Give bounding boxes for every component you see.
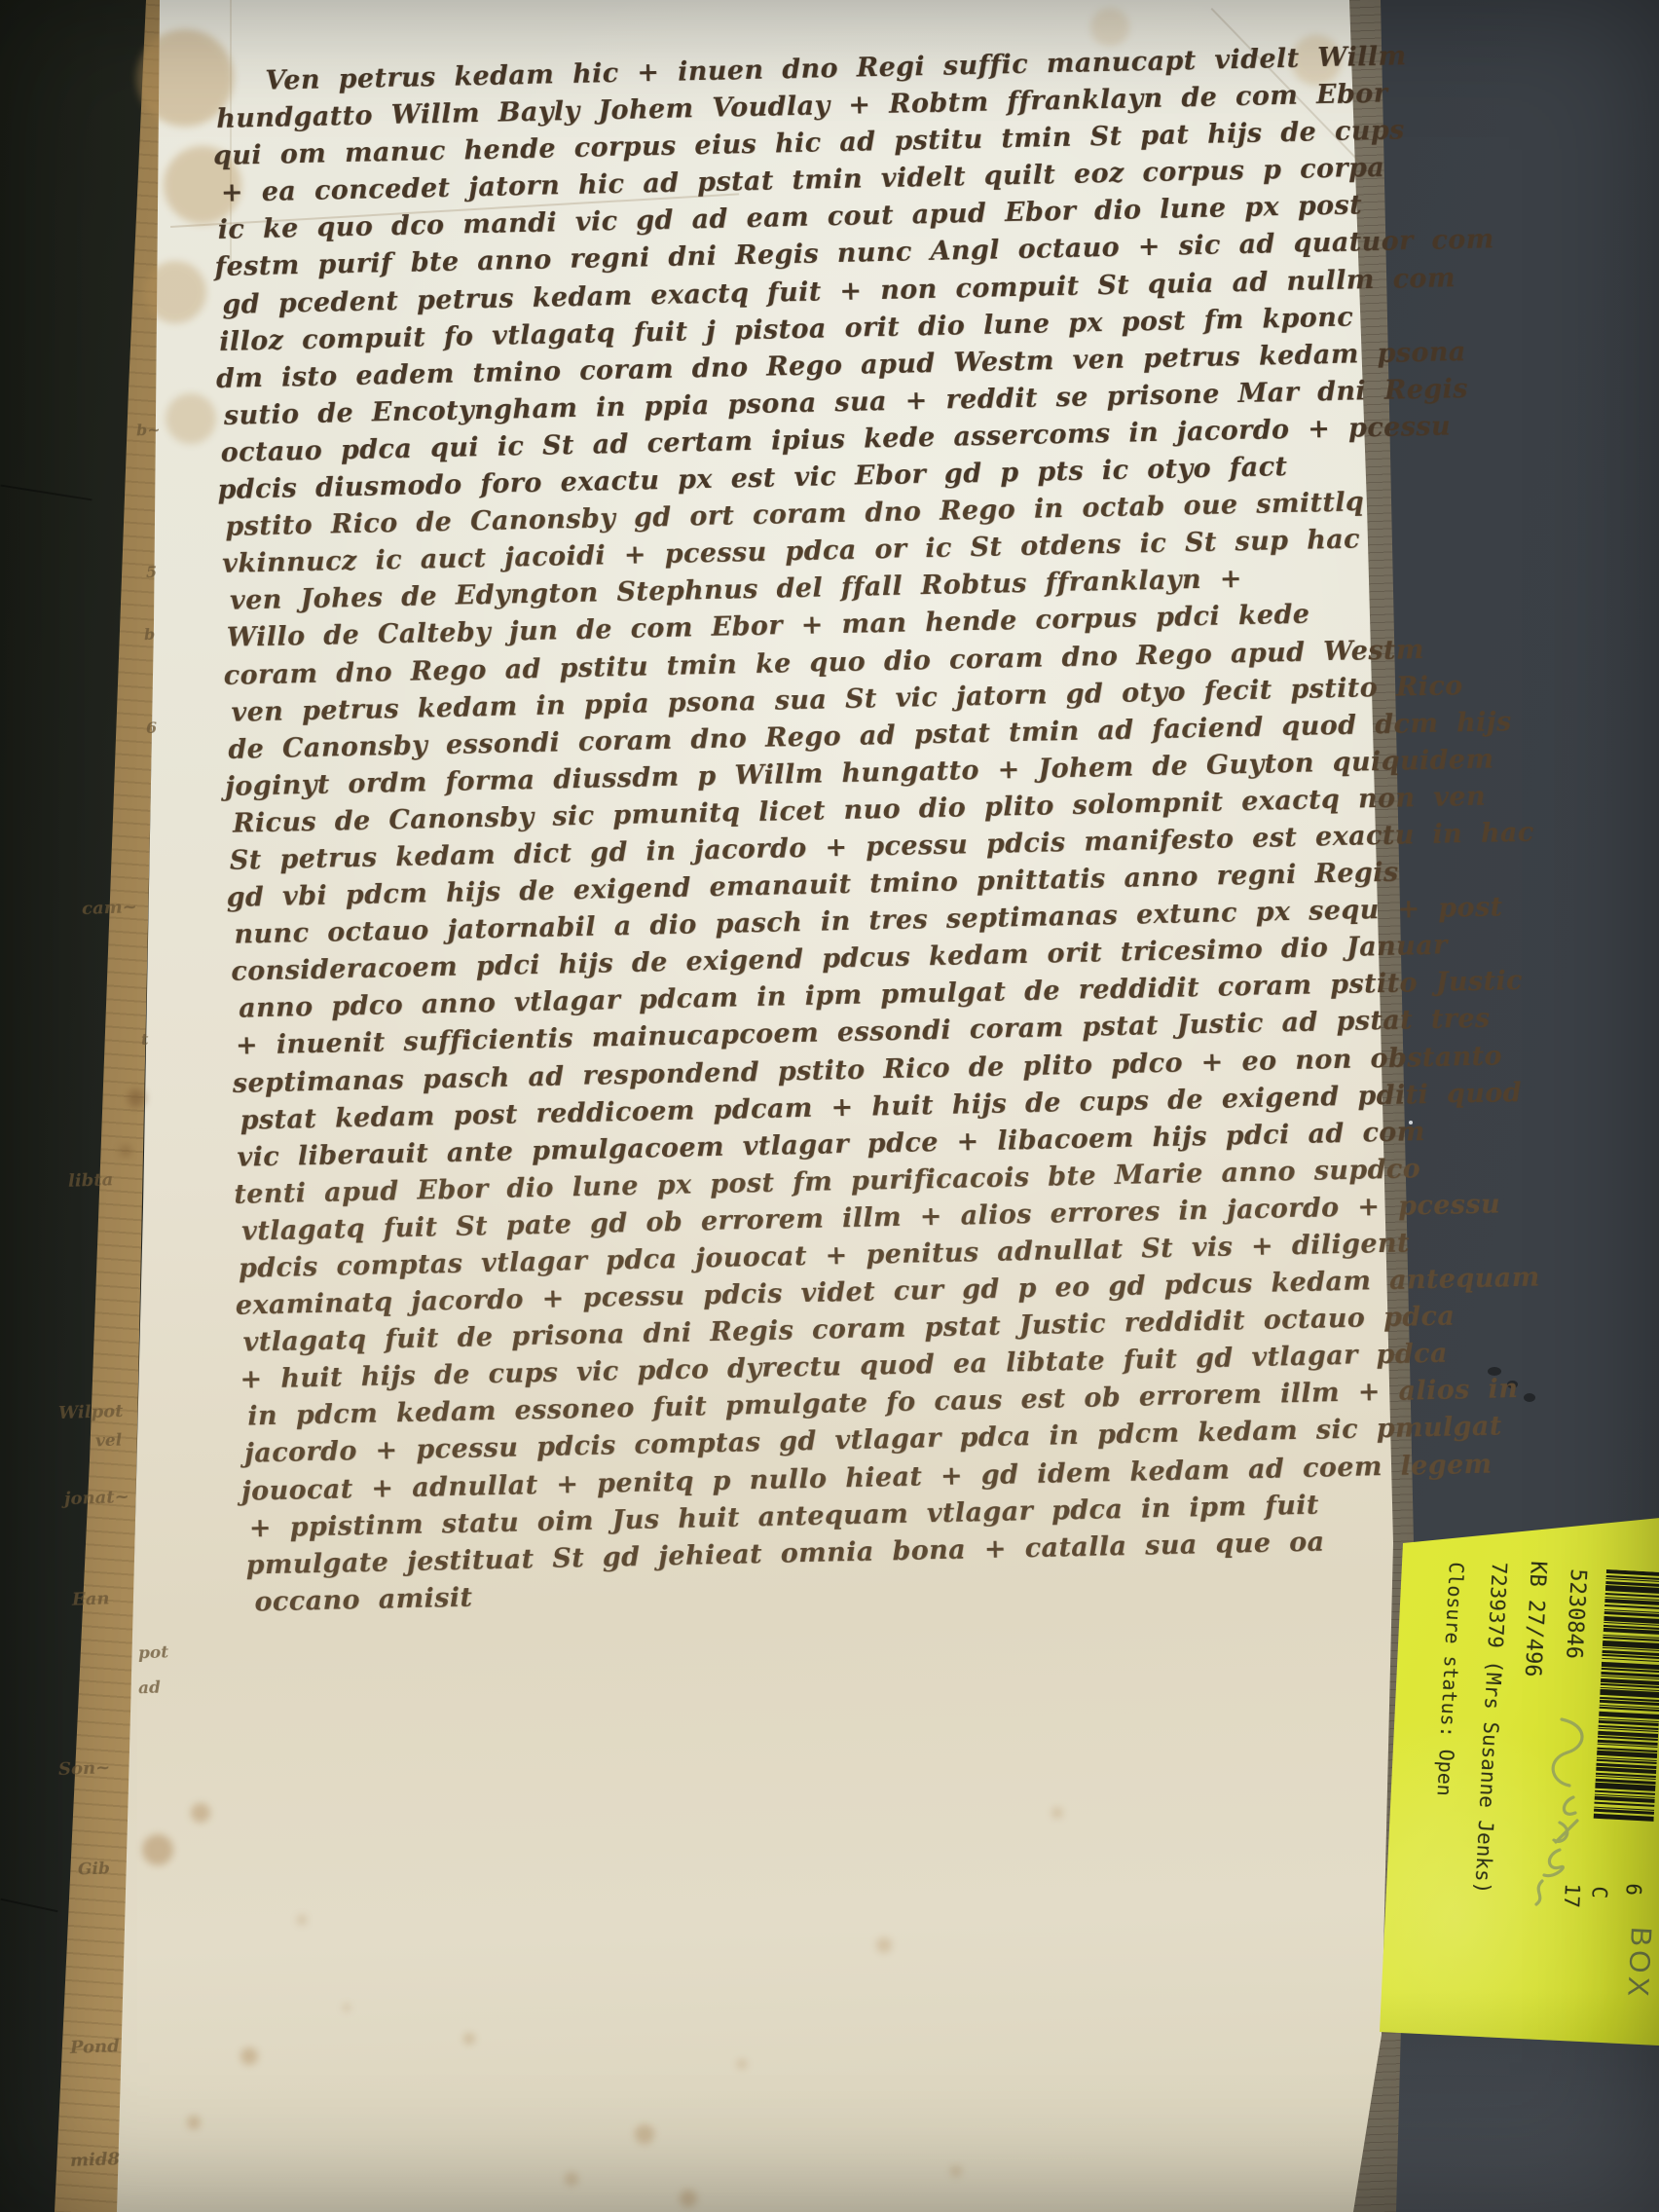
foxing-stain: [187, 2116, 201, 2129]
foxing-stain: [343, 2004, 350, 2011]
marginalia-note: mid8: [70, 2149, 121, 2171]
foxing-stain: [1090, 8, 1129, 47]
marginalia-note: 5: [146, 563, 158, 581]
foxing-stain: [166, 393, 216, 444]
foxing-stain: [635, 2124, 654, 2144]
foxing-stain: [680, 2190, 697, 2207]
foxing-stain: [463, 2033, 475, 2045]
marginalia-note: Gib: [78, 1859, 111, 1879]
marginalia-note: Pond: [70, 2036, 120, 2058]
marginalia-note: b: [144, 625, 156, 644]
marginalia-note: vel: [95, 1431, 123, 1452]
foxing-stain: [128, 1089, 145, 1107]
foxing-stain: [297, 1915, 307, 1925]
marginalia-note: Son~: [58, 1757, 111, 1780]
marginalia-note: jonat~: [64, 1487, 129, 1509]
handwritten-signature-squiggle: [1499, 1694, 1606, 1928]
marginalia-note: t: [141, 1030, 149, 1049]
marginalia-note: ad: [138, 1678, 162, 1699]
marginalia-note: 6: [146, 719, 158, 737]
foxing-stain: [142, 1834, 173, 1865]
archive-photo: Ven petrus kedam hic + inuen dno Regi su…: [0, 0, 1659, 2212]
marginalia-note: libta: [68, 1169, 114, 1192]
marginalia-note: b~: [136, 421, 161, 440]
foxing-stain: [240, 2047, 258, 2065]
foxing-stain: [1051, 1807, 1063, 1819]
foxing-stain: [565, 2172, 578, 2186]
foxing-stain: [950, 2165, 962, 2177]
marginalia-note: Ean: [72, 1588, 110, 1609]
foxing-stain: [191, 1803, 210, 1823]
marginalia-note: cam~: [82, 897, 137, 919]
foxing-stain: [737, 2059, 747, 2069]
marginalia-note: Wilpot: [58, 1401, 124, 1423]
label-line-barcode-number: 5230846: [1561, 1568, 1590, 1660]
marginalia-note: pot: [138, 1642, 169, 1663]
manuscript-text-block: Ven petrus kedam hic + inuen dno Regi su…: [208, 39, 1411, 1622]
background-smudge: [1524, 1393, 1535, 1402]
foxing-stain: [120, 1145, 131, 1157]
handwritten-box-annotation: BOX: [1620, 1926, 1657, 2001]
foxing-stain: [144, 261, 206, 323]
label-shelfmark-line: 6: [1621, 1883, 1645, 1897]
foxing-stain: [876, 1937, 892, 1953]
